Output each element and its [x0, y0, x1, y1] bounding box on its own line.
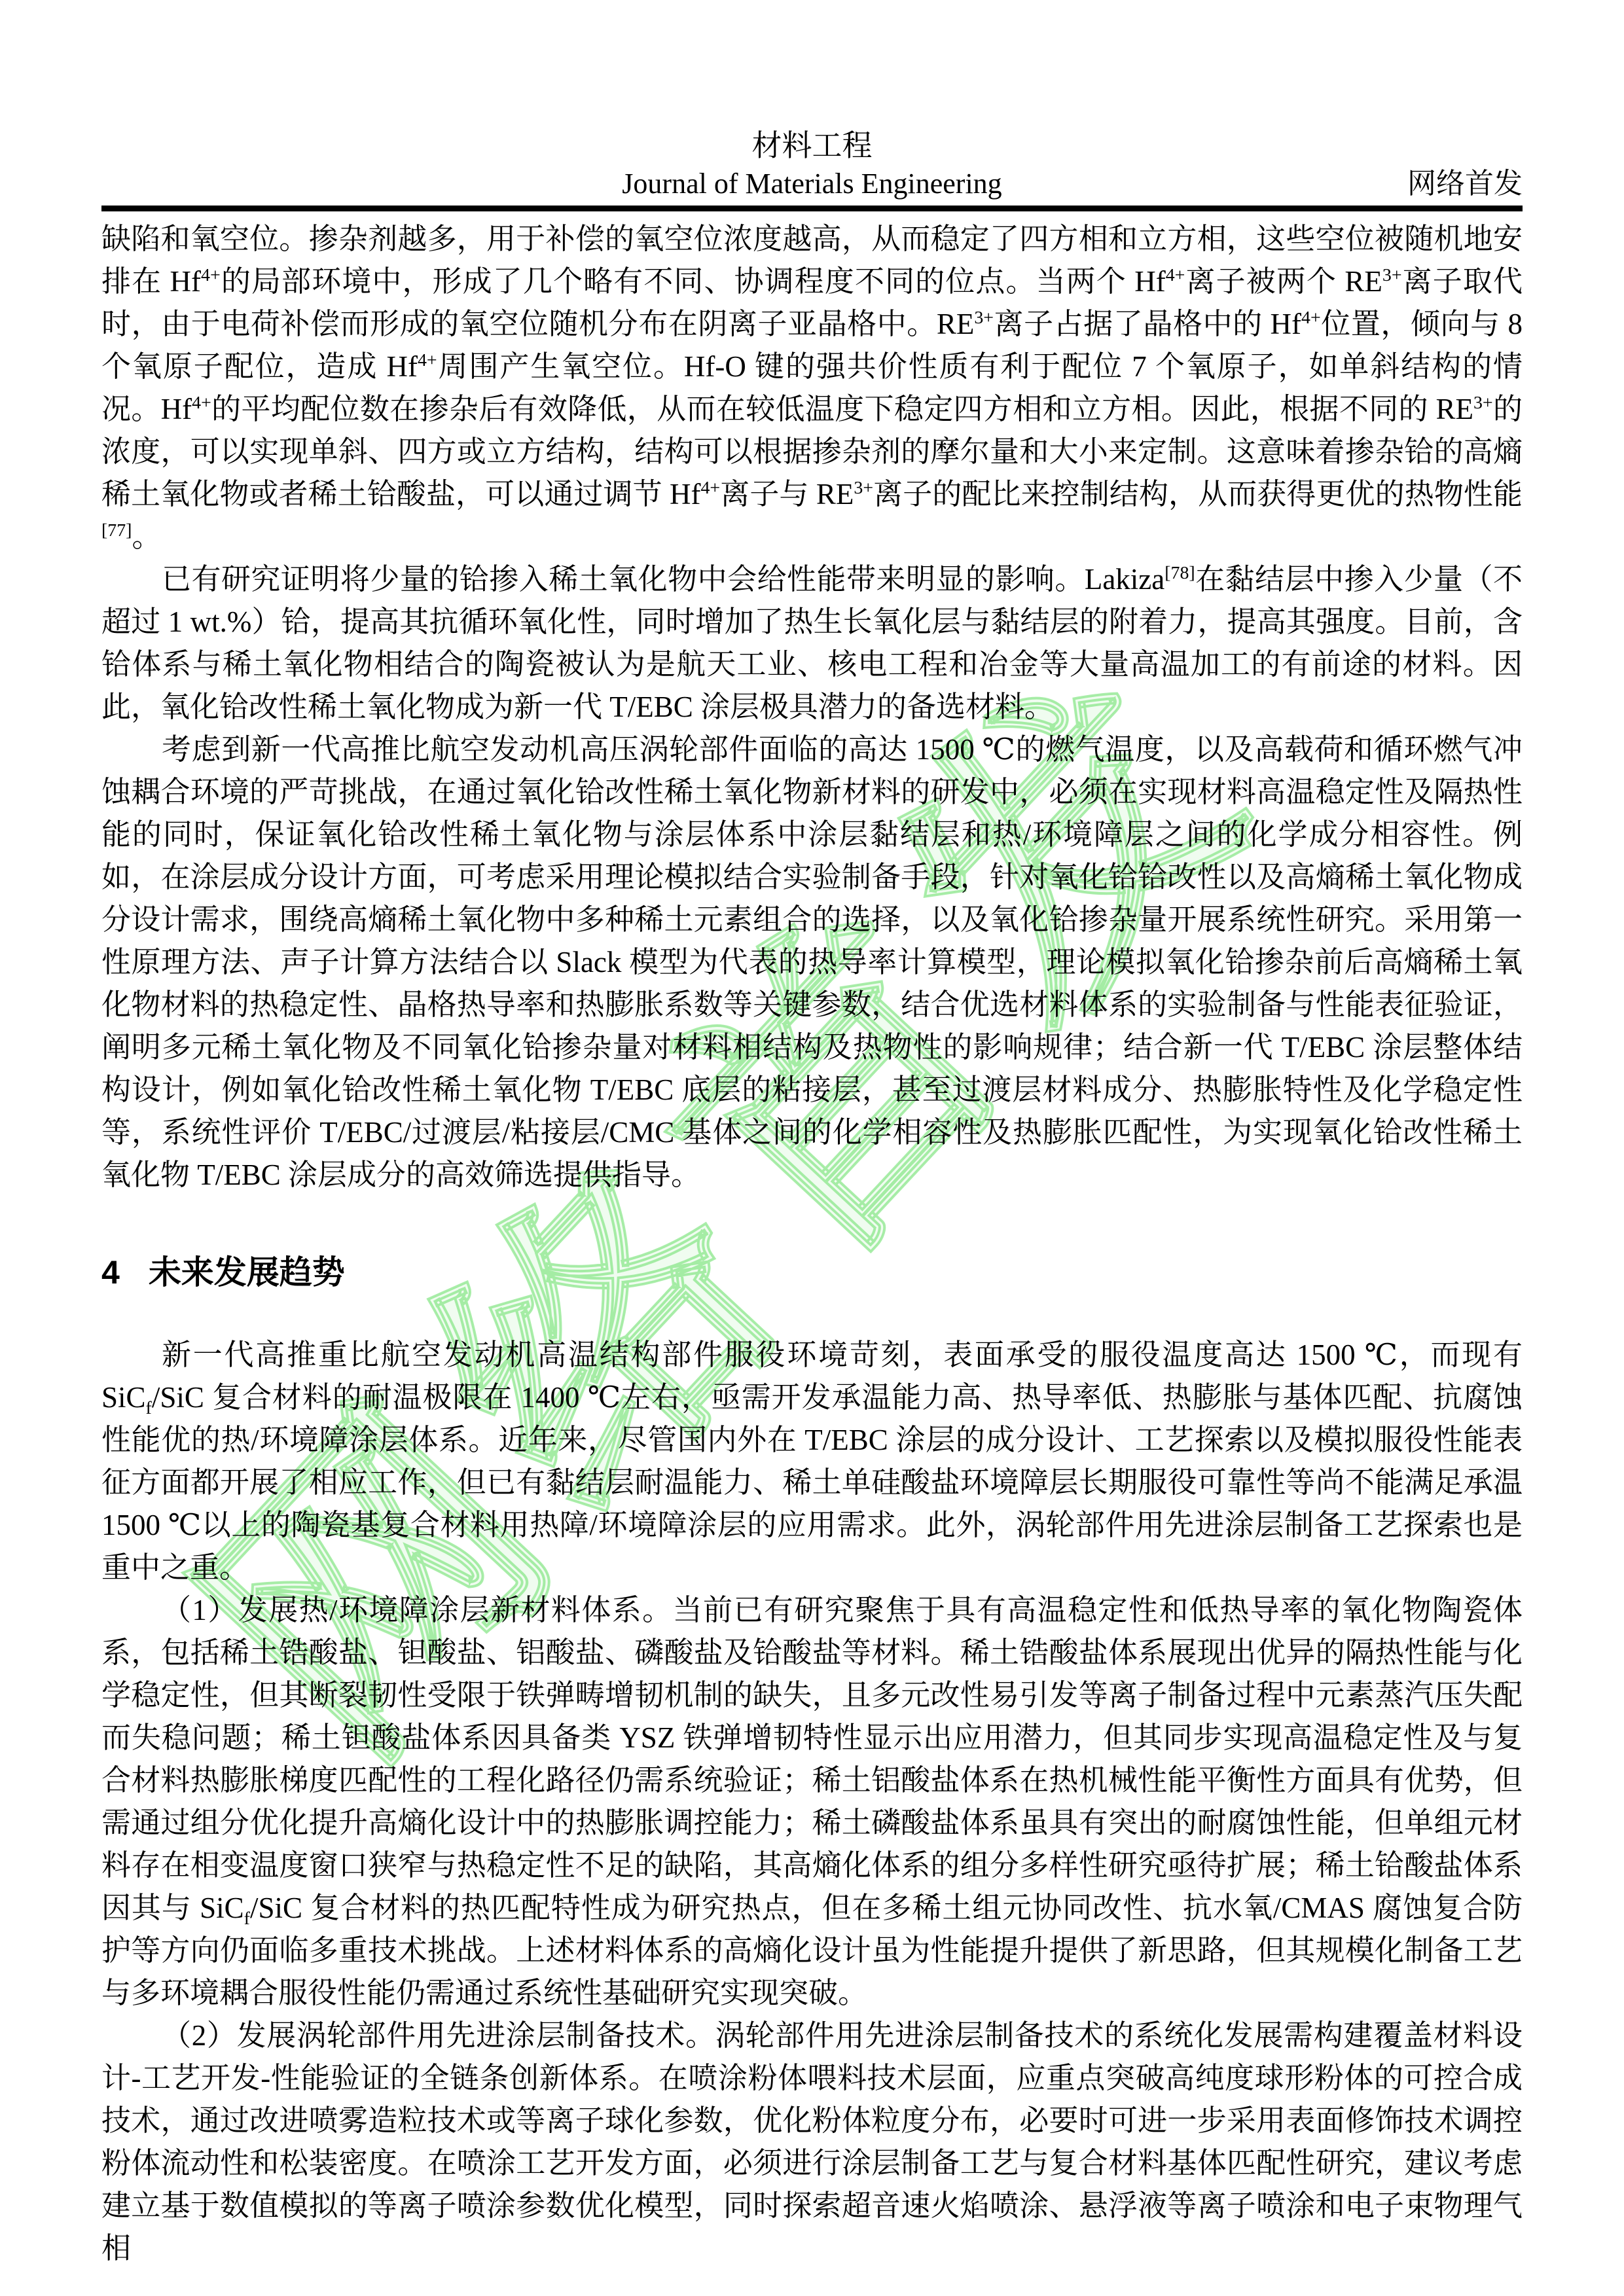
section-title: 未来发展趋势	[149, 1254, 345, 1291]
article-body: 缺陷和氧空位。掺杂剂越多，用于补偿的氧空位浓度越高，从而稳定了四方相和立方相，这…	[101, 218, 1523, 2270]
journal-header: 材料工程 Journal of Materials Engineering 网络…	[101, 128, 1523, 211]
journal-header-line2: Journal of Materials Engineering 网络首发	[101, 166, 1523, 202]
section-heading: 4未来发展趋势	[101, 1254, 1523, 1291]
paper-page: 网络首发 材料工程 Journal of Materials Engineeri…	[0, 0, 1624, 2296]
journal-title-en: Journal of Materials Engineering	[622, 168, 1001, 200]
journal-title-cn: 材料工程	[101, 128, 1523, 164]
section-number: 4	[101, 1254, 120, 1291]
paragraph: 考虑到新一代高推比航空发动机高压涡轮部件面临的高达 1500 ℃的燃气温度，以及…	[101, 728, 1523, 1196]
paragraph: 新一代高推重比航空发动机高温结构部件服役环境苛刻，表面承受的服役温度高达 150…	[101, 1334, 1523, 1589]
paragraph: （2）发展涡轮部件用先进涂层制备技术。涡轮部件用先进涂层制备技术的系统化发展需构…	[101, 2015, 1523, 2270]
header-rule	[101, 206, 1523, 211]
paragraph: （1）发展热/环境障涂层新材料体系。当前已有研究聚焦于具有高温稳定性和低热导率的…	[101, 1589, 1523, 2015]
paragraph: 已有研究证明将少量的铪掺入稀土氧化物中会给性能带来明显的影响。Lakiza[78…	[101, 558, 1523, 728]
paragraph-continuation: 缺陷和氧空位。掺杂剂越多，用于补偿的氧空位浓度越高，从而稳定了四方相和立方相，这…	[101, 218, 1523, 558]
page-content: 材料工程 Journal of Materials Engineering 网络…	[101, 128, 1523, 2270]
online-first-label: 网络首发	[1407, 166, 1523, 202]
